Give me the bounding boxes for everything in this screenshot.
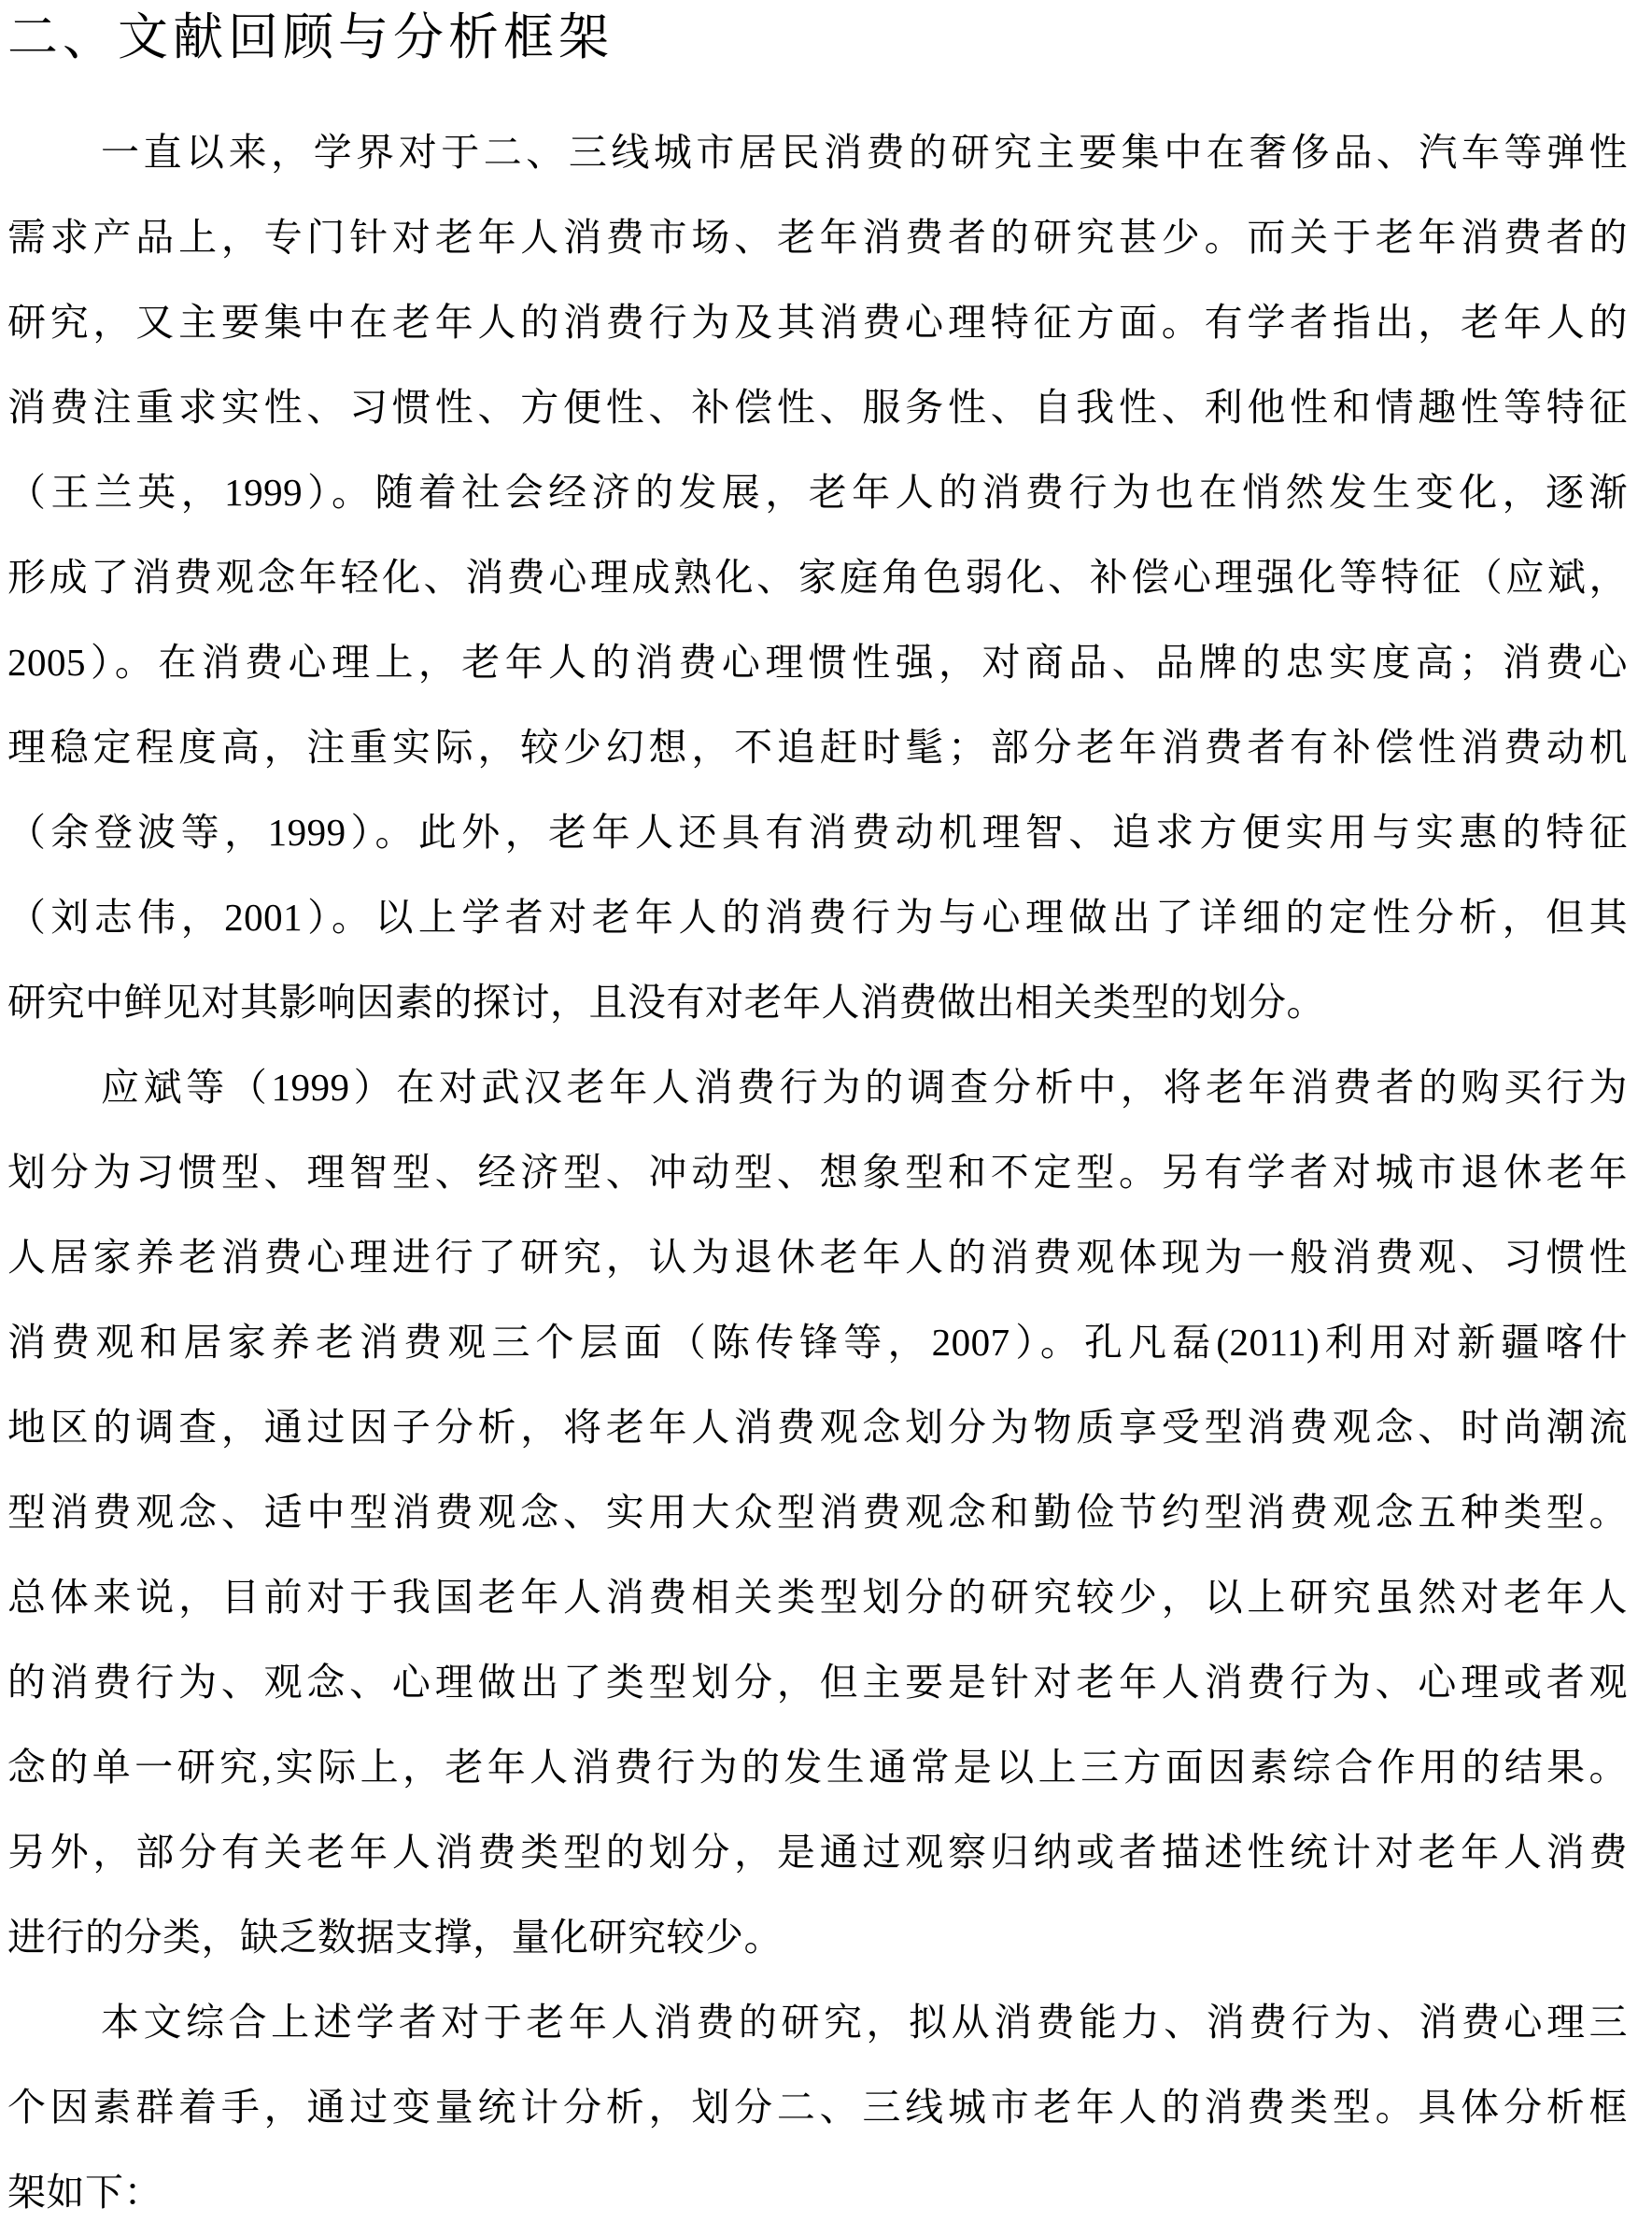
- text-line: 研究，又主要集中在老年人的消费行为及其消费心理特征方面。有学者指出，老年人的: [7, 280, 1628, 365]
- text-line: 地区的调查，通过因子分析，将老年人消费观念划分为物质享受型消费观念、时尚潮流: [7, 1385, 1628, 1470]
- text-line: 应斌等（1999）在对武汉老年人消费行为的调查分析中，将老年消费者的购买行为: [7, 1045, 1628, 1130]
- text-line: 念的单一研究,实际上，老年人消费行为的发生通常是以上三方面因素综合作用的结果。: [7, 1725, 1628, 1810]
- text-line: 型消费观念、适中型消费观念、实用大众型消费观念和勤俭节约型消费观念五种类型。: [7, 1470, 1628, 1555]
- text-line: 一直以来，学界对于二、三线城市居民消费的研究主要集中在奢侈品、汽车等弹性: [7, 110, 1628, 195]
- text-line: （余登波等，1999）。此外，老年人还具有消费动机理智、追求方便实用与实惠的特征: [7, 790, 1628, 875]
- document-page: 二、文献回顾与分析框架 一直以来，学界对于二、三线城市居民消费的研究主要集中在奢…: [0, 0, 1652, 2236]
- text-line: 消费注重求实性、习惯性、方便性、补偿性、服务性、自我性、利他性和情趣性等特征: [7, 365, 1628, 450]
- text-line: （刘志伟，2001）。以上学者对老年人的消费行为与心理做出了详细的定性分析，但其: [7, 875, 1628, 960]
- text-line: （王兰英，1999）。随着社会经济的发展，老年人的消费行为也在悄然发生变化，逐渐: [7, 450, 1628, 535]
- text-line: 需求产品上，专门针对老年人消费市场、老年消费者的研究甚少。而关于老年消费者的: [7, 195, 1628, 280]
- section-heading: 二、文献回顾与分析框架: [7, 5, 1628, 70]
- text-line: 进行的分类，缺乏数据支撑，量化研究较少。: [7, 1895, 1628, 1980]
- paragraph-2: 应斌等（1999）在对武汉老年人消费行为的调查分析中，将老年消费者的购买行为 划…: [7, 1045, 1628, 1980]
- paragraph-3: 本文综合上述学者对于老年人消费的研究，拟从消费能力、消费行为、消费心理三 个因素…: [7, 1980, 1628, 2235]
- text-line: 形成了消费观念年轻化、消费心理成熟化、家庭角色弱化、补偿心理强化等特征（应斌，: [7, 535, 1628, 620]
- text-line: 划分为习惯型、理智型、经济型、冲动型、想象型和不定型。另有学者对城市退休老年: [7, 1130, 1628, 1215]
- text-line: 的消费行为、观念、心理做出了类型划分，但主要是针对老年人消费行为、心理或者观: [7, 1640, 1628, 1725]
- paragraph-1: 一直以来，学界对于二、三线城市居民消费的研究主要集中在奢侈品、汽车等弹性 需求产…: [7, 110, 1628, 1045]
- text-line: 人居家养老消费心理进行了研究，认为退休老年人的消费观体现为一般消费观、习惯性: [7, 1215, 1628, 1300]
- text-line: 总体来说，目前对于我国老年人消费相关类型划分的研究较少，以上研究虽然对老年人: [7, 1555, 1628, 1640]
- text-line: 理稳定程度高，注重实际，较少幻想，不追赶时髦；部分老年消费者有补偿性消费动机: [7, 705, 1628, 790]
- text-line: 个因素群着手，通过变量统计分析，划分二、三线城市老年人的消费类型。具体分析框: [7, 2065, 1628, 2150]
- text-line: 另外，部分有关老年人消费类型的划分，是通过观察归纳或者描述性统计对老年人消费: [7, 1810, 1628, 1895]
- text-line: 架如下：: [7, 2150, 1628, 2235]
- text-line: 消费观和居家养老消费观三个层面（陈传锋等，2007）。孔凡磊(2011)利用对新…: [7, 1300, 1628, 1385]
- text-line: 2005）。在消费心理上，老年人的消费心理惯性强，对商品、品牌的忠实度高；消费心: [7, 620, 1628, 705]
- text-line: 研究中鲜见对其影响因素的探讨，且没有对老年人消费做出相关类型的划分。: [7, 960, 1628, 1045]
- text-line: 本文综合上述学者对于老年人消费的研究，拟从消费能力、消费行为、消费心理三: [7, 1980, 1628, 2065]
